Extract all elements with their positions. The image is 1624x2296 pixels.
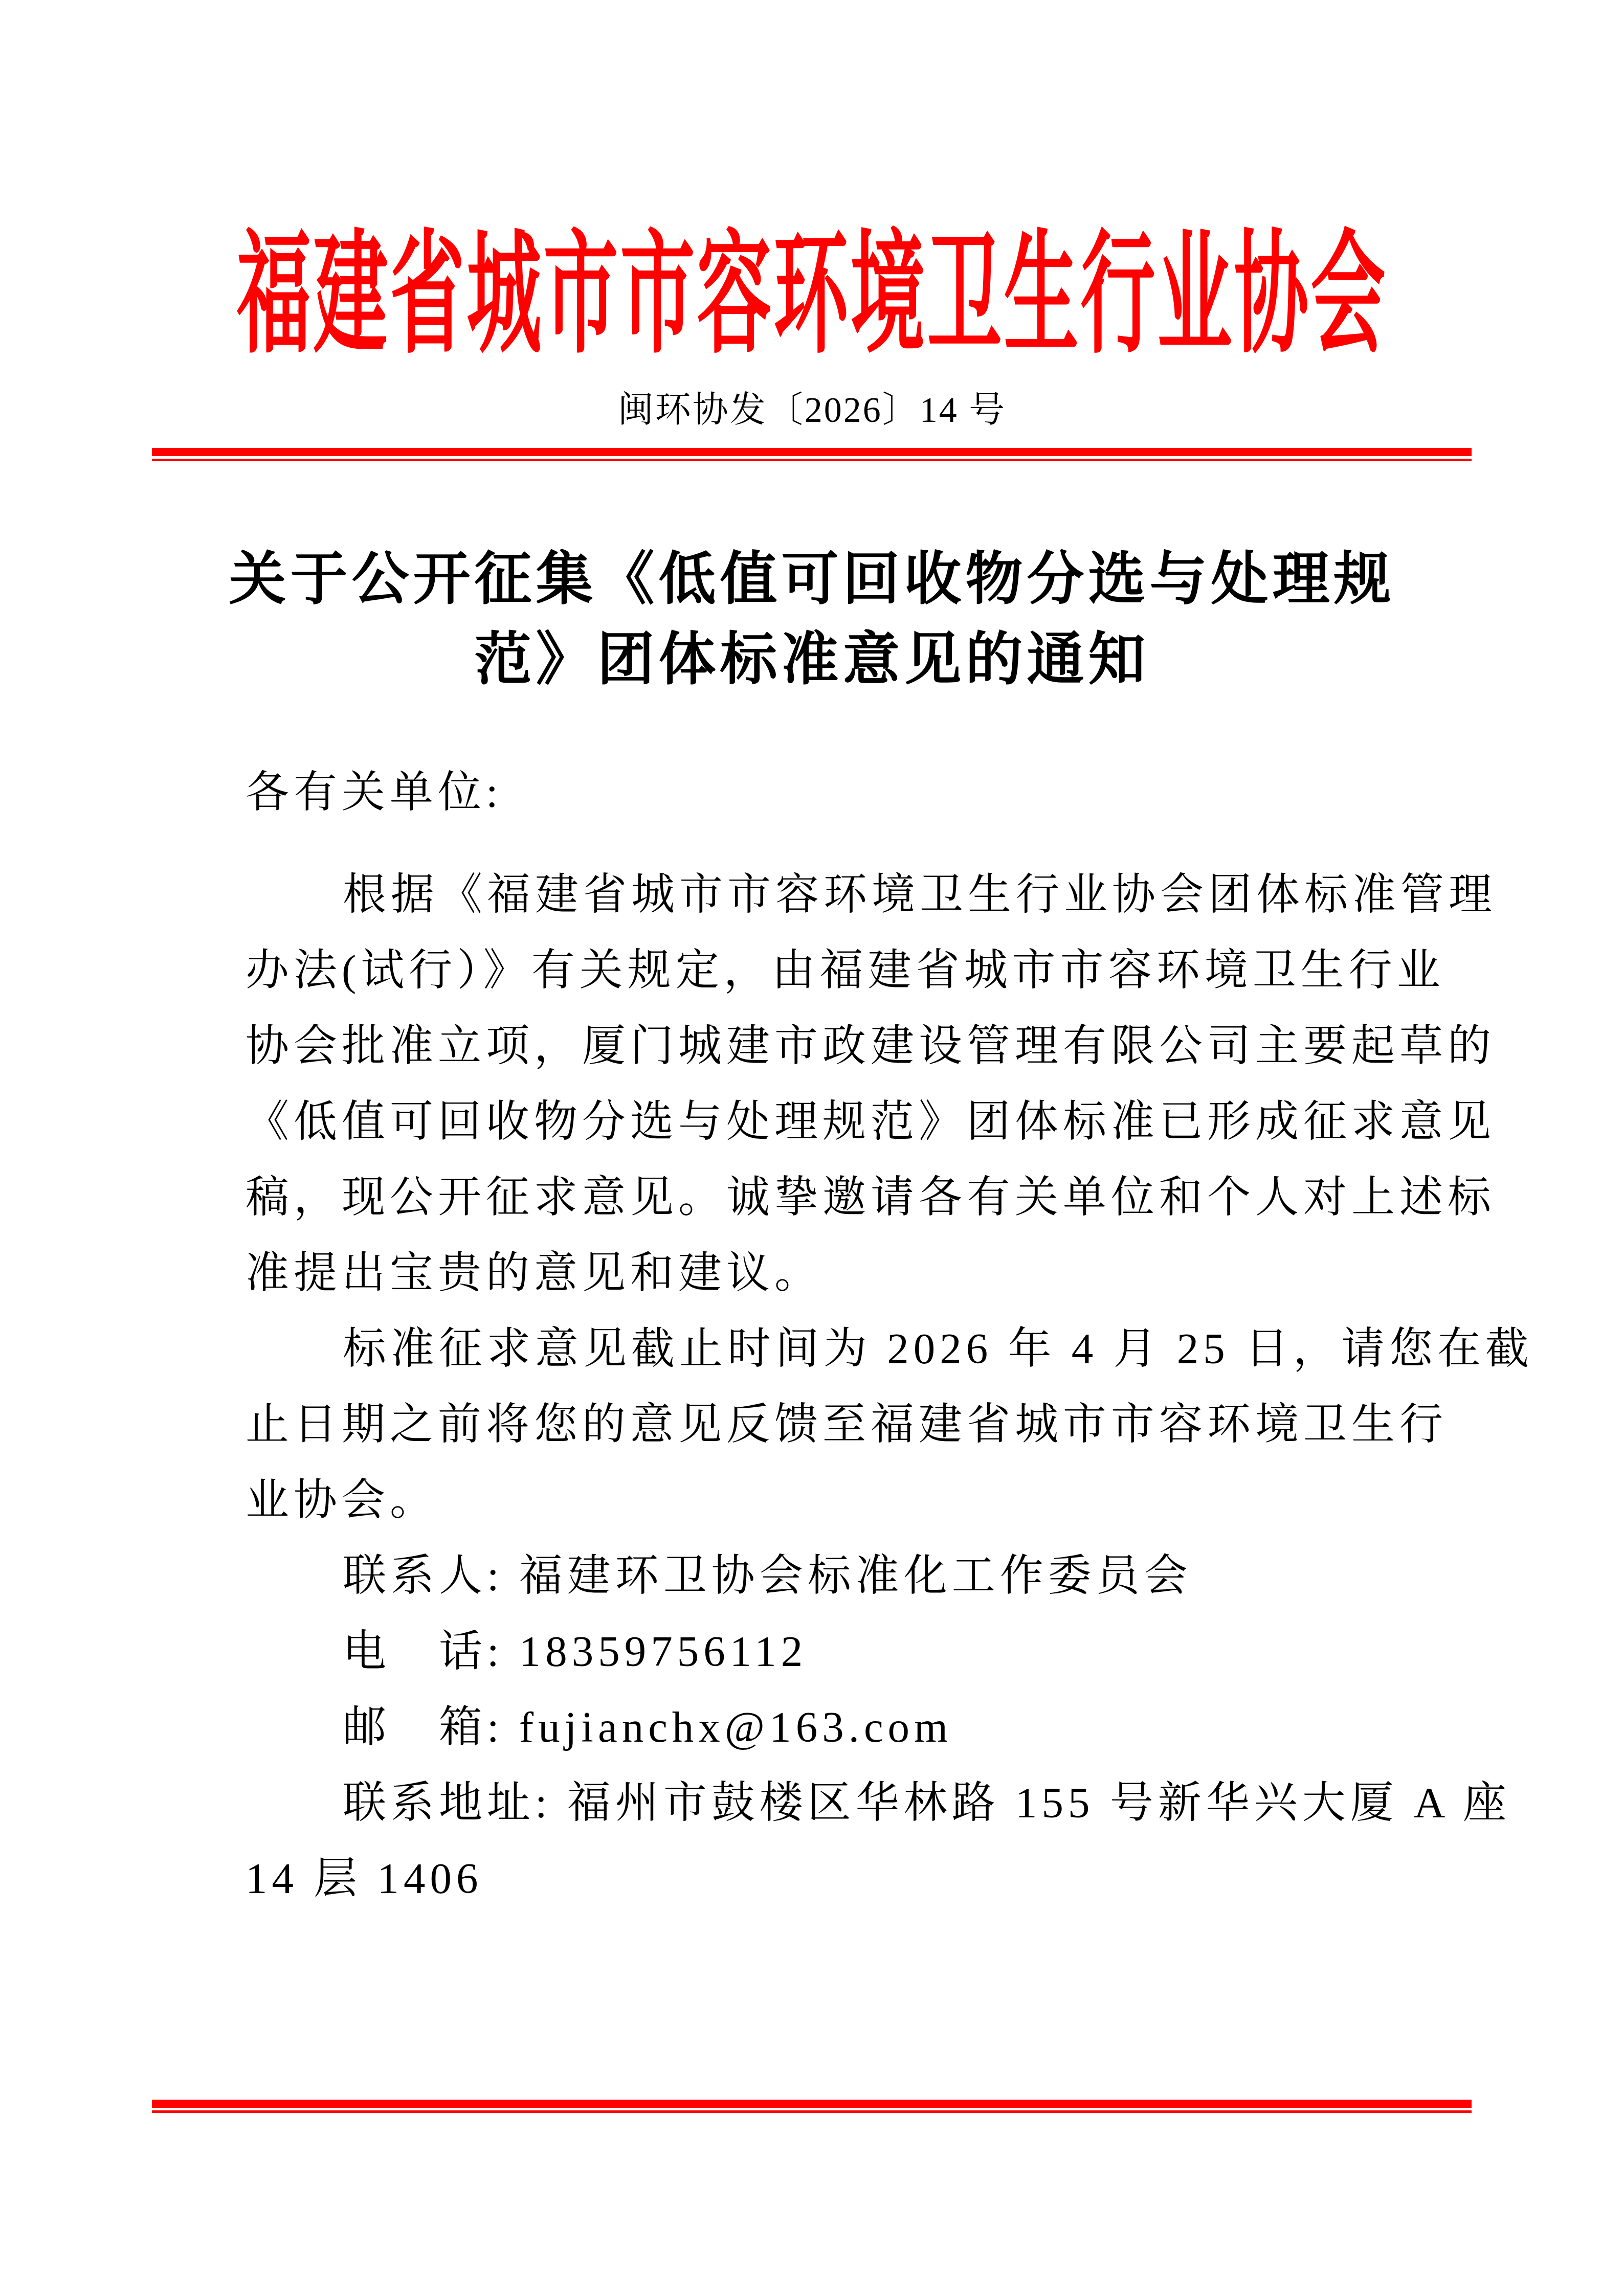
body-line: 止日期之前将您的意见反馈至福建省城市市容环境卫生行 [246, 1387, 1422, 1462]
red-rule-top-thick [152, 448, 1472, 456]
body-line-salutation: 各有关单位: [246, 755, 1422, 830]
body-line: 《低值可回收物分选与处理规范》团体标准已形成征求意见 [246, 1084, 1422, 1160]
doc-number: 闽环协发〔2026〕14 号 [0, 382, 1624, 439]
body-line-address: 联系地址: 福州市鼓楼区华林路 155 号新华兴大厦 A 座 [246, 1765, 1422, 1841]
red-rule-bottom-thick [152, 2100, 1472, 2108]
document-body: 各有关单位: 根据《福建省城市市容环境卫生行业协会团体标准管理 办法(试行）》有… [246, 755, 1422, 1917]
red-rule-bottom-thin [152, 2110, 1472, 2113]
red-rule-top [152, 448, 1472, 461]
body-line-address-2: 14 层 1406 [246, 1841, 1422, 1917]
body-line: 根据《福建省城市市容环境卫生行业协会团体标准管理 [246, 857, 1422, 933]
document-page: 福建省城市市容环境卫生行业协会 闽环协发〔2026〕14 号 关于公开征集《低值… [0, 0, 1624, 2296]
body-line: 准提出宝贵的意见和建议。 [246, 1235, 1422, 1311]
body-line-email: 邮 箱: fujianchx@163.com [246, 1690, 1422, 1765]
body-line-contact-person: 联系人: 福建环卫协会标准化工作委员会 [246, 1538, 1422, 1614]
body-line: 稿，现公开征求意见。诚挚邀请各有关单位和个人对上述标 [246, 1160, 1422, 1235]
body-line: 办法(试行）》有关规定，由福建省城市市容环境卫生行业 [246, 933, 1422, 1008]
red-rule-top-thin [152, 459, 1472, 461]
body-line: 协会批准立项，厦门城建市政建设管理有限公司主要起草的 [246, 1008, 1422, 1084]
org-name-header: 福建省城市市容环境卫生行业协会 [0, 229, 1624, 362]
document-title: 关于公开征集《低值可回收物分选与处理规 范》团体标准意见的通知 [0, 540, 1624, 701]
document-title-line-1: 关于公开征集《低值可回收物分选与处理规 [0, 540, 1624, 620]
body-line: 业协会。 [246, 1462, 1422, 1538]
body-line: 标准征求意见截止时间为 2026 年 4 月 25 日，请您在截 [246, 1311, 1422, 1387]
red-rule-bottom [152, 2100, 1472, 2113]
body-line-phone: 电 话: 18359756112 [246, 1614, 1422, 1690]
document-title-line-2: 范》团体标准意见的通知 [0, 620, 1624, 701]
